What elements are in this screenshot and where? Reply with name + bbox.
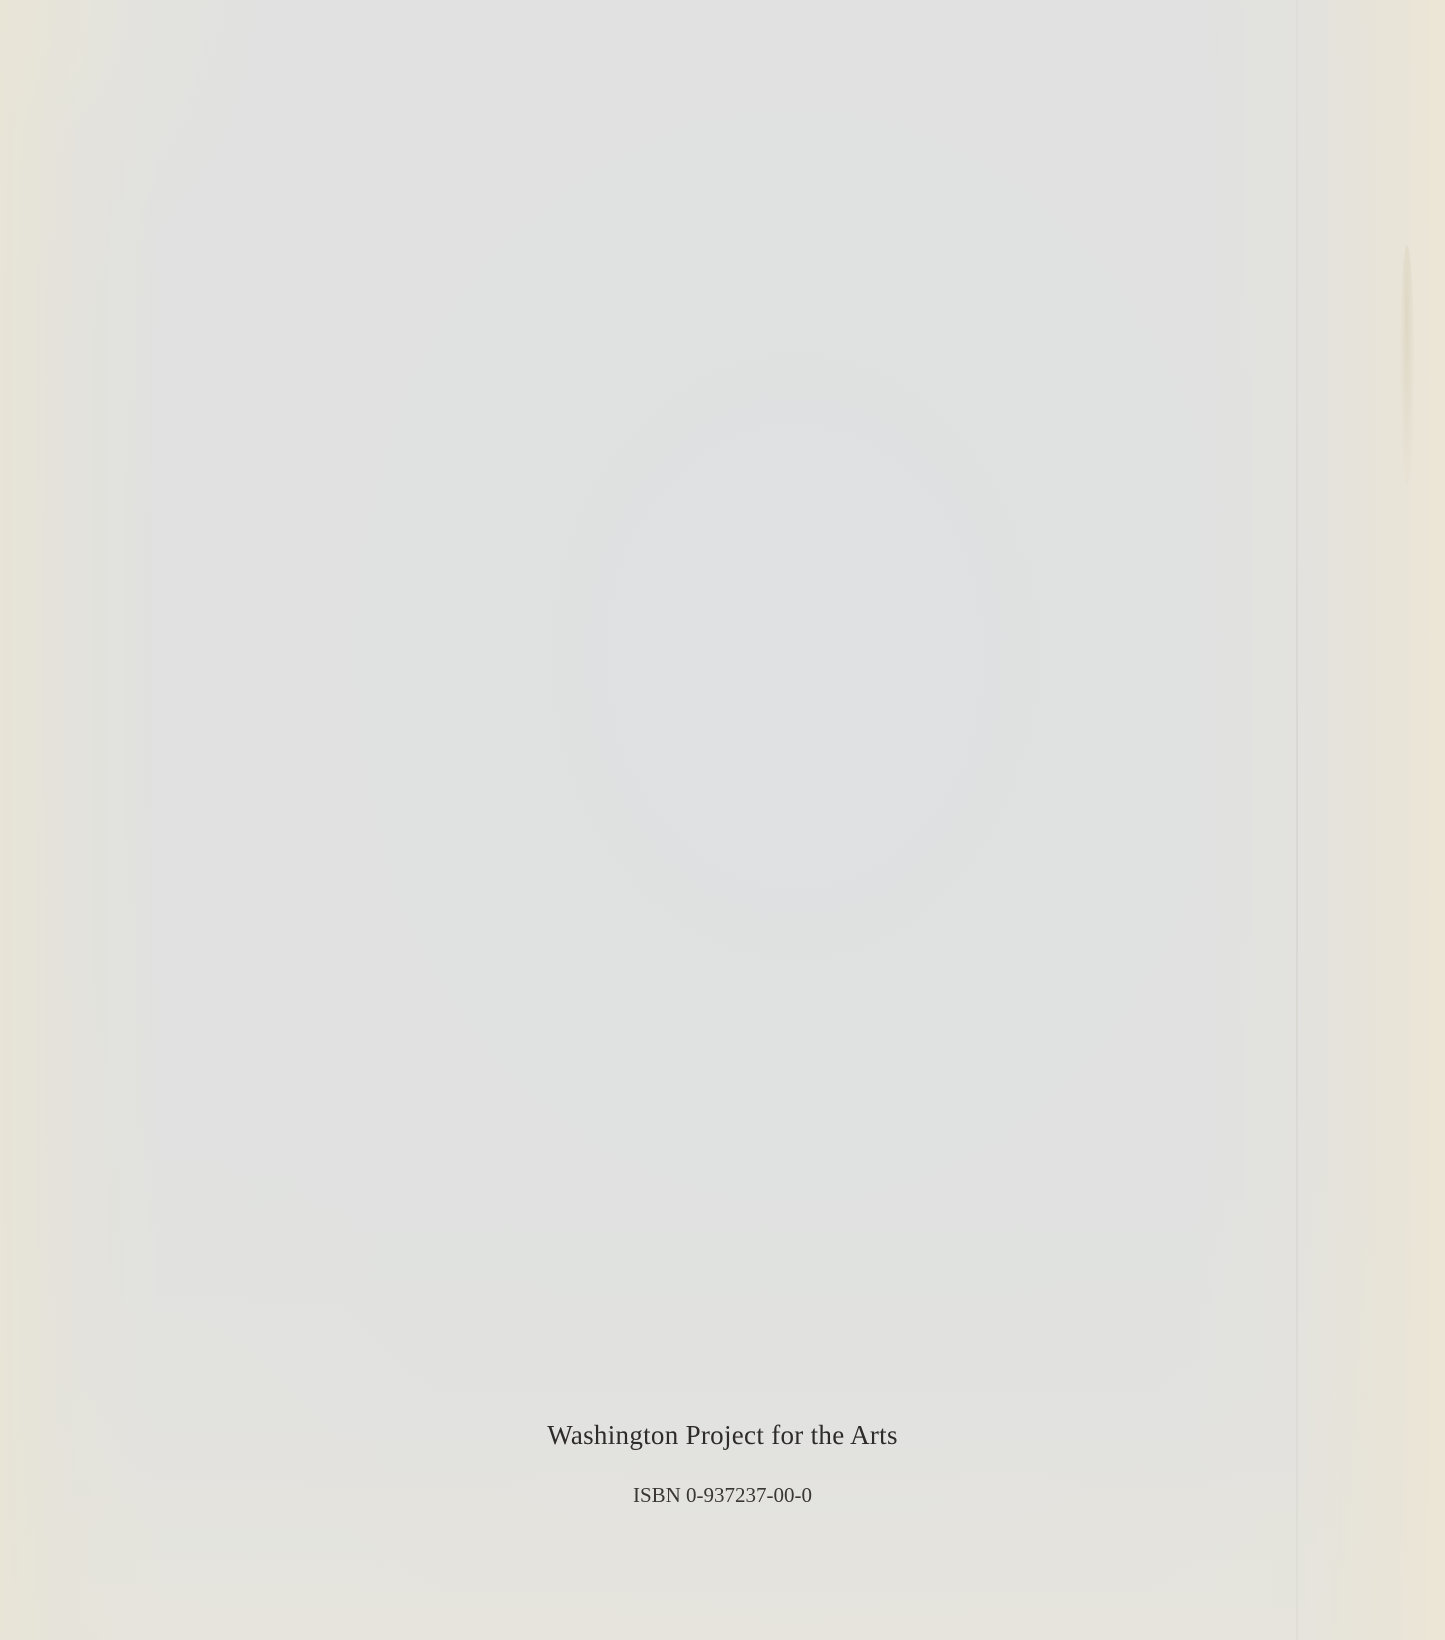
spine-fold-line (1296, 0, 1298, 1640)
isbn-number: ISBN 0-937237-00-0 (0, 1483, 1445, 1508)
paper-stain (1400, 245, 1414, 485)
back-cover-page: Washington Project for the Arts ISBN 0-9… (0, 0, 1445, 1640)
publisher-name: Washington Project for the Arts (0, 1420, 1445, 1451)
